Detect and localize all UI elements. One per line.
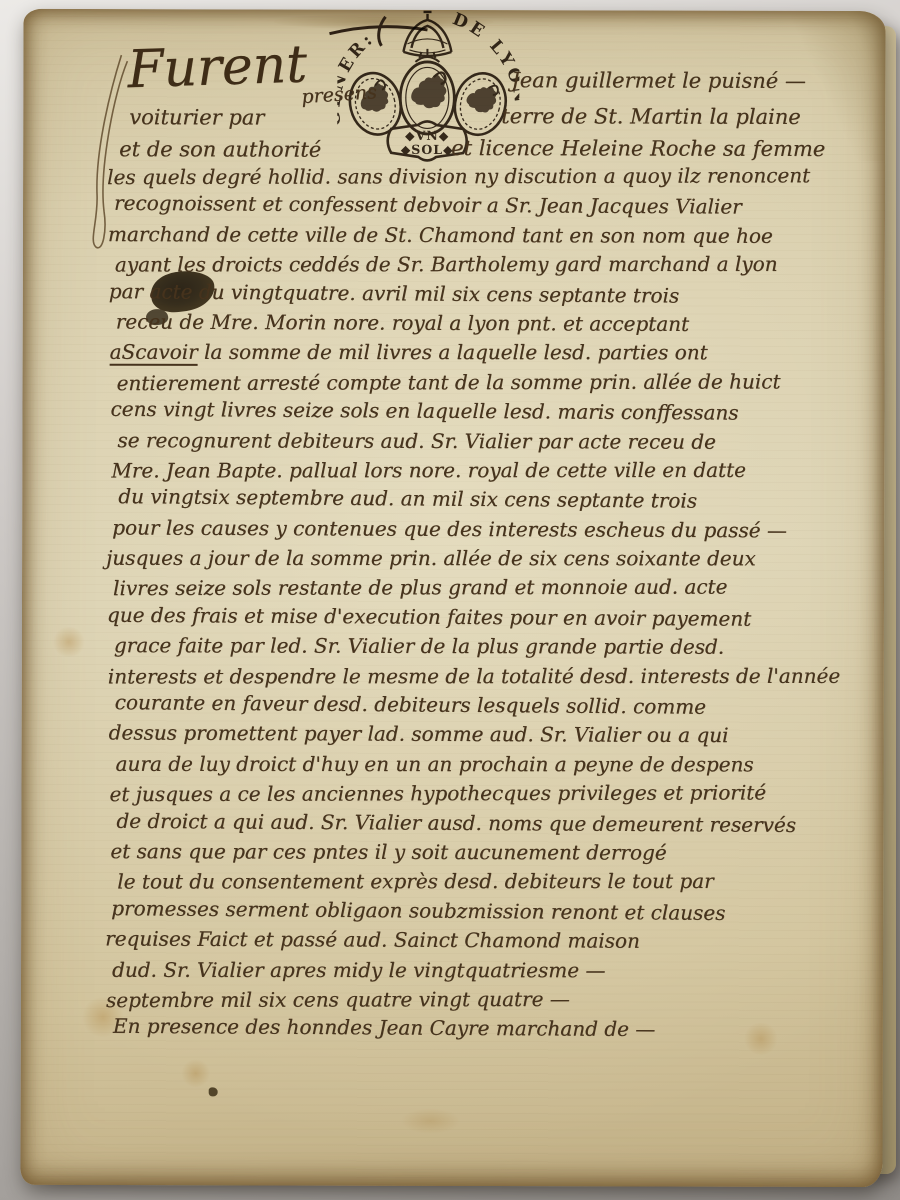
underlined-word: aScavoir (110, 340, 198, 366)
header-line1-right: Jean guillermet le puisné — (511, 68, 806, 93)
stamp-banner-line1: ◆VN◆ (405, 128, 449, 143)
manuscript-line: septembre mil six cens quatre vingt quat… (106, 984, 874, 1015)
manuscript-line: recognoissent et confessent debvoir a Sr… (114, 189, 882, 223)
manuscript-line: En presence des honndes Jean Cayre march… (113, 1012, 881, 1046)
manuscript-line: dud. Sr. Vialier apres midy le vingtquat… (112, 955, 880, 985)
manuscript-line: ayant les droicts ceddés de Sr. Barthole… (115, 250, 883, 280)
manuscript-line: les quels degré hollid. sans division ny… (107, 161, 875, 192)
foxing-stain (52, 627, 86, 657)
manuscript-line: aScavoir la somme de mil livres a laquel… (110, 338, 878, 368)
foxing-stain (181, 1059, 211, 1087)
stamp-banner-line2: ◆SOL◆ (401, 142, 454, 157)
manuscript-line: marchand de cette ville de St. Chamond t… (108, 220, 876, 251)
manuscript-line: jusques a jour de la somme prin. allée d… (106, 544, 874, 574)
manuscript-line: cens vingt livres seize sols en laquelle… (110, 395, 878, 429)
photographed-manuscript: GENER: DE LYON (0, 0, 900, 1200)
manuscript-line: interests et despendre le mesme de la to… (108, 661, 876, 691)
manuscript-line: dessus promettent payer lad. somme aud. … (109, 719, 877, 752)
manuscript-line: entierement arresté compte tant de la so… (117, 367, 885, 398)
manuscript-line: livres seize sols restante de plus grand… (113, 573, 881, 604)
manuscript-line: grace faite par led. Sr. Vialier de la p… (114, 631, 882, 662)
opening-word: Furent (126, 34, 307, 100)
manuscript-line: et sans que par ces pntes il y soit aucu… (110, 837, 878, 868)
header-line3-left: et de son authorité (119, 137, 321, 162)
manuscript-line: du vingtsix septembre aud. an mil six ce… (118, 482, 885, 517)
ink-speck (209, 1087, 218, 1096)
manuscript-line: le tout du consentement exprès desd. deb… (117, 867, 885, 897)
manuscript-line: pour les causes y contenues que des inte… (112, 513, 880, 546)
manuscript-line: Mre. Jean Bapte. pallual lors nore. roya… (111, 456, 879, 486)
manuscript-line: se recognurent debiteurs aud. Sr. Vialie… (117, 426, 885, 457)
foxing-stain (401, 1108, 461, 1134)
manuscript-line: de droict a qui aud. Sr. Vialier ausd. n… (116, 806, 884, 840)
manuscript-page: GENER: DE LYON (20, 9, 885, 1187)
lion-icon (411, 72, 446, 108)
manuscript-line: que des frais et mise d'execution faites… (107, 601, 875, 635)
manuscript-line: receu de Mre. Morin nore. royal a lyon p… (116, 307, 884, 340)
header-line3-right: et licence Heleine Roche sa femme (451, 136, 825, 161)
manuscript-line: requises Faict et passé aud. Sainct Cham… (105, 925, 873, 958)
header-line2-left: voiturier par (129, 105, 264, 129)
manuscript-line: par acte du vingtquatre. avril mil six c… (109, 277, 877, 312)
manuscript-line: aura de luy droict d'huy en un an procha… (116, 750, 884, 780)
manuscript-body: les quels degré hollid. sans division ny… (109, 161, 879, 1045)
manuscript-line: et jusques a ce les anciennes hypothecqu… (109, 778, 877, 809)
header-line2-right: terre de St. Martin la plaine (501, 104, 801, 129)
